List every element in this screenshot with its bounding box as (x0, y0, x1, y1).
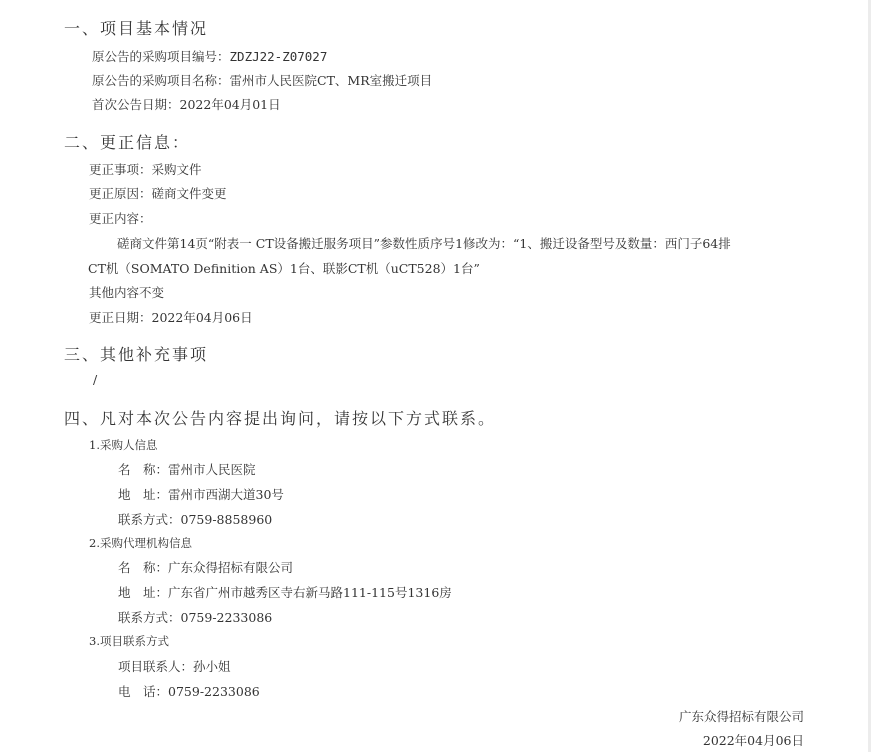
purchaser-contact-label: 联系方式： (118, 512, 181, 527)
first-announcement-date-row: 首次公告日期：2022年04月01日 (92, 95, 281, 113)
agency-name-label: 名 称： (118, 560, 168, 575)
correction-reason-row: 更正原因：磋商文件变更 (89, 184, 227, 202)
project-number-row: 原公告的采购项目编号：ZDZJ22-Z07027 (92, 47, 327, 65)
agency-address-label: 地 址： (118, 585, 168, 600)
correction-content-line-1: 磋商文件第14页“附表一 CT设备搬迁服务项目”参数性质序号1修改为：“1、搬迁… (117, 234, 731, 252)
purchaser-contact-row: 联系方式：0759-8858960 (118, 510, 272, 528)
agency-name-row: 名 称：广东众得招标有限公司 (118, 558, 293, 576)
correction-content-row: 更正内容： (89, 209, 152, 227)
purchaser-name-row: 名 称：雷州市人民医院 (118, 460, 256, 478)
agency-info-heading: 2.采购代理机构信息 (89, 535, 192, 551)
signature-company: 广东众得招标有限公司 (679, 707, 804, 725)
project-name-row: 原公告的采购项目名称：雷州市人民医院CT、MR室搬迁项目 (92, 71, 432, 89)
purchaser-address-label: 地 址： (118, 487, 168, 502)
correction-reason-label: 更正原因： (89, 186, 152, 201)
correction-item-label: 更正事项： (89, 162, 152, 177)
other-content-unchanged: 其他内容不变 (89, 283, 164, 301)
project-number-value: ZDZJ22-Z07027 (230, 49, 328, 64)
correction-item-row: 更正事项：采购文件 (89, 160, 202, 178)
section-3-content: / (93, 372, 97, 387)
purchaser-address-value: 雷州市西湖大道30号 (168, 487, 284, 502)
purchaser-address-row: 地 址：雷州市西湖大道30号 (118, 485, 284, 503)
agency-name-value: 广东众得招标有限公司 (168, 560, 293, 575)
correction-date-label: 更正日期： (89, 310, 152, 325)
purchaser-name-label: 名 称： (118, 462, 168, 477)
signature-date: 2022年04月06日 (703, 731, 804, 749)
project-contact-phone-label: 电 话： (118, 684, 168, 699)
project-contact-person-value: 孙小姐 (193, 659, 231, 674)
section-3-title: 三、其他补充事项 (64, 342, 208, 365)
project-contact-heading: 3.项目联系方式 (89, 633, 169, 649)
first-announcement-date-value: 2022年04月01日 (180, 97, 281, 112)
agency-contact-label: 联系方式： (118, 610, 181, 625)
project-contact-phone-value: 0759-2233086 (168, 684, 260, 699)
project-name-label: 原公告的采购项目名称： (92, 73, 230, 88)
section-2-title: 二、更正信息： (64, 130, 190, 153)
correction-item-value: 采购文件 (152, 162, 202, 177)
agency-contact-row: 联系方式：0759-2233086 (118, 608, 272, 626)
project-name-value: 雷州市人民医院CT、MR室搬迁项目 (230, 73, 433, 88)
correction-content-line-2: CT机（SOMATO Definition AS）1台、联影CT机（uCT528… (88, 259, 480, 277)
agency-contact-value: 0759-2233086 (181, 610, 273, 625)
project-contact-phone-row: 电 话：0759-2233086 (118, 682, 260, 700)
project-number-label: 原公告的采购项目编号： (92, 49, 230, 64)
section-4-title: 四、凡对本次公告内容提出询问，请按以下方式联系。 (64, 406, 496, 429)
first-announcement-date-label: 首次公告日期： (92, 97, 180, 112)
agency-address-row: 地 址：广东省广州市越秀区寺右新马路111-115号1316房 (118, 583, 452, 601)
correction-content-label: 更正内容： (89, 211, 152, 226)
section-1-title: 一、项目基本情况 (64, 16, 208, 39)
project-contact-person-row: 项目联系人：孙小姐 (118, 657, 231, 675)
purchaser-contact-value: 0759-8858960 (181, 512, 273, 527)
purchaser-name-value: 雷州市人民医院 (168, 462, 256, 477)
agency-address-value: 广东省广州市越秀区寺右新马路111-115号1316房 (168, 585, 452, 600)
purchaser-info-heading: 1.采购人信息 (89, 437, 157, 453)
project-contact-person-label: 项目联系人： (118, 659, 193, 674)
correction-date-row: 更正日期：2022年04月06日 (89, 308, 253, 326)
correction-reason-value: 磋商文件变更 (152, 186, 227, 201)
correction-date-value: 2022年04月06日 (152, 310, 253, 325)
